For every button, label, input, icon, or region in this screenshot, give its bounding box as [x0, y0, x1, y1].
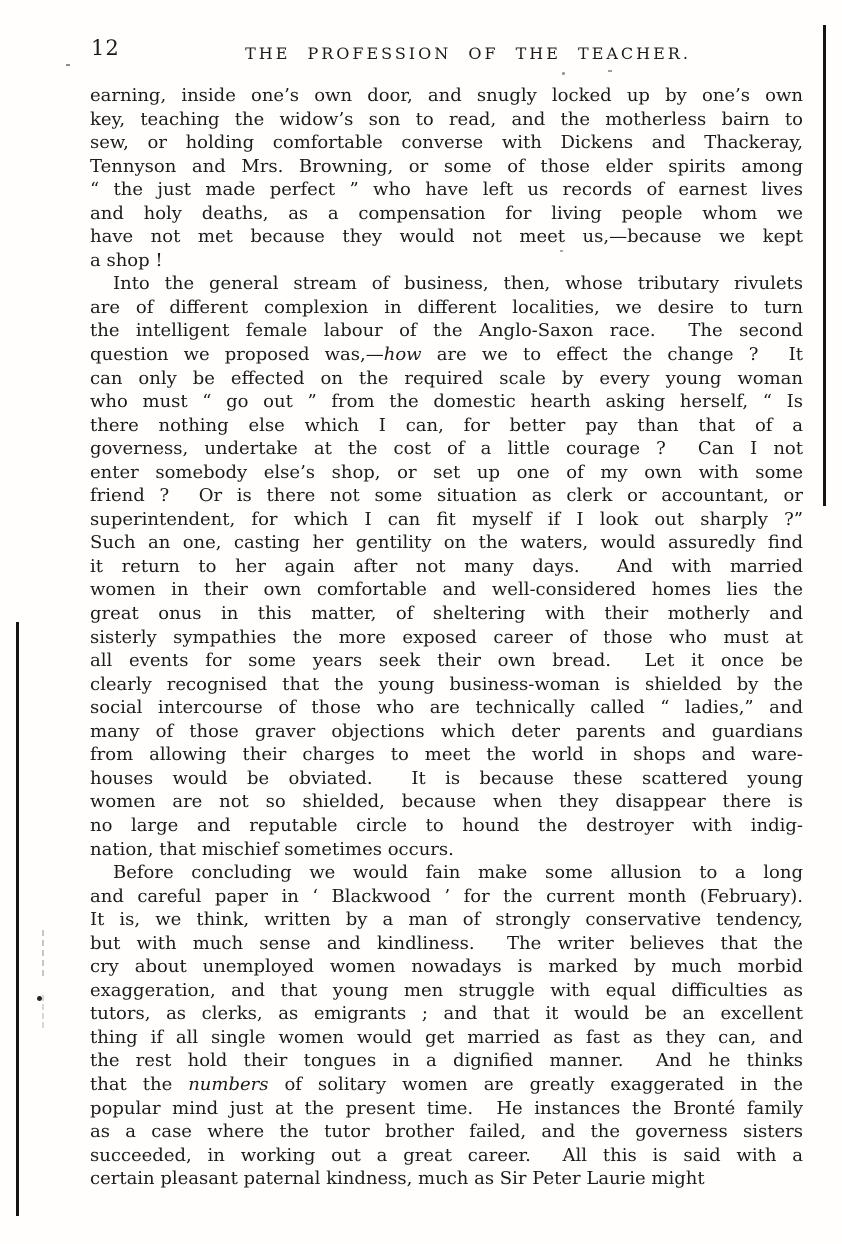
text-line: the rest hold their tongues in a dignifi…	[90, 1049, 803, 1073]
scan-artifact-dashes	[42, 995, 44, 1028]
text-line: friend ? Or is there not some situation …	[90, 484, 803, 508]
text-line: key, teaching the widow’s son to read, a…	[90, 108, 803, 132]
text-line: many of those graver objections which de…	[90, 720, 803, 744]
text-line: Before concluding we would fain make som…	[90, 861, 803, 885]
text-line: succeeded, in working out a great career…	[90, 1144, 803, 1168]
text-line: certain pleasant paternal kindness, much…	[90, 1167, 803, 1191]
text-line: houses would be obviated. It is because …	[90, 767, 803, 791]
text-line: it return to her again after not many da…	[90, 555, 803, 579]
text-line: who must “ go out ” from the domestic he…	[90, 390, 803, 414]
text-line: superintendent, for which I can fit myse…	[90, 508, 803, 532]
scan-artifact-speck	[562, 72, 565, 75]
text-line: governess, undertake at the cost of a li…	[90, 437, 803, 461]
text-line: and careful paper in ‘ Blackwood ’ for t…	[90, 885, 803, 909]
text-line: and holy deaths, as a compensation for l…	[90, 202, 803, 226]
text-line: but with much sense and kindliness. The …	[90, 932, 803, 956]
text-line: great onus in this matter, of sheltering…	[90, 602, 803, 626]
scan-artifact-dashes	[42, 930, 44, 976]
scan-artifact-speck	[66, 64, 70, 66]
text-line: women are not so shielded, because when …	[90, 790, 803, 814]
text-body: earning, inside one’s own door, and snug…	[90, 84, 803, 1191]
text-line: popular mind just at the present time. H…	[90, 1097, 803, 1121]
text-line: that the numbers of solitary women are g…	[90, 1073, 803, 1097]
scan-artifact-right-rule	[823, 25, 826, 506]
scan-artifact-speck	[560, 250, 563, 252]
text-line: the intelligent female labour of the Ang…	[90, 319, 803, 343]
book-page-scan: 12 THE PROFESSION OF THE TEACHER. earnin…	[0, 0, 842, 1244]
text-line: have not met because they would not meet…	[90, 225, 803, 249]
text-line: nation, that mischief sometimes occurs.	[90, 838, 803, 862]
paragraph: earning, inside one’s own door, and snug…	[90, 84, 803, 272]
paragraph: Into the general stream of business, the…	[90, 272, 803, 861]
scan-artifact-left-rule	[16, 622, 19, 1216]
text-line: enter somebody else’s shop, or set up on…	[90, 461, 803, 485]
text-line: sisterly sympathies the more exposed car…	[90, 626, 803, 650]
scan-artifact-speck	[608, 70, 612, 72]
text-line: clearly recognised that the young busine…	[90, 673, 803, 697]
text-line: as a case where the tutor brother failed…	[90, 1120, 803, 1144]
text-line: “ the just made perfect ” who have left …	[90, 178, 803, 202]
running-header-title: THE PROFESSION OF THE TEACHER.	[112, 44, 824, 63]
text-line: from allowing their charges to meet the …	[90, 743, 803, 767]
text-line: It is, we think, written by a man of str…	[90, 908, 803, 932]
text-line: all events for some years seek their own…	[90, 649, 803, 673]
text-line: Into the general stream of business, the…	[90, 272, 803, 296]
text-line: no large and reputable circle to hound t…	[90, 814, 803, 838]
paragraph: Before concluding we would fain make som…	[90, 861, 803, 1191]
text-line: exaggeration, and that young men struggl…	[90, 979, 803, 1003]
text-line: tutors, as clerks, as emigrants ; and th…	[90, 1002, 803, 1026]
text-line: Tennyson and Mrs. Browning, or some of t…	[90, 155, 803, 179]
text-line: question we proposed was,—how are we to …	[90, 343, 803, 367]
text-line: a shop !	[90, 249, 803, 273]
text-line: sew, or holding comfortable converse wit…	[90, 131, 803, 155]
text-line: there nothing else which I can, for bett…	[90, 414, 803, 438]
text-line: can only be effected on the required sca…	[90, 367, 803, 391]
text-line: cry about unemployed women nowadays is m…	[90, 955, 803, 979]
text-line: thing if all single women would get marr…	[90, 1026, 803, 1050]
text-line: women in their own comfortable and well-…	[90, 578, 803, 602]
text-line: social intercourse of those who are tech…	[90, 696, 803, 720]
text-line: are of different complexion in different…	[90, 296, 803, 320]
text-line: earning, inside one’s own door, and snug…	[90, 84, 803, 108]
text-line: Such an one, casting her gentility on th…	[90, 531, 803, 555]
